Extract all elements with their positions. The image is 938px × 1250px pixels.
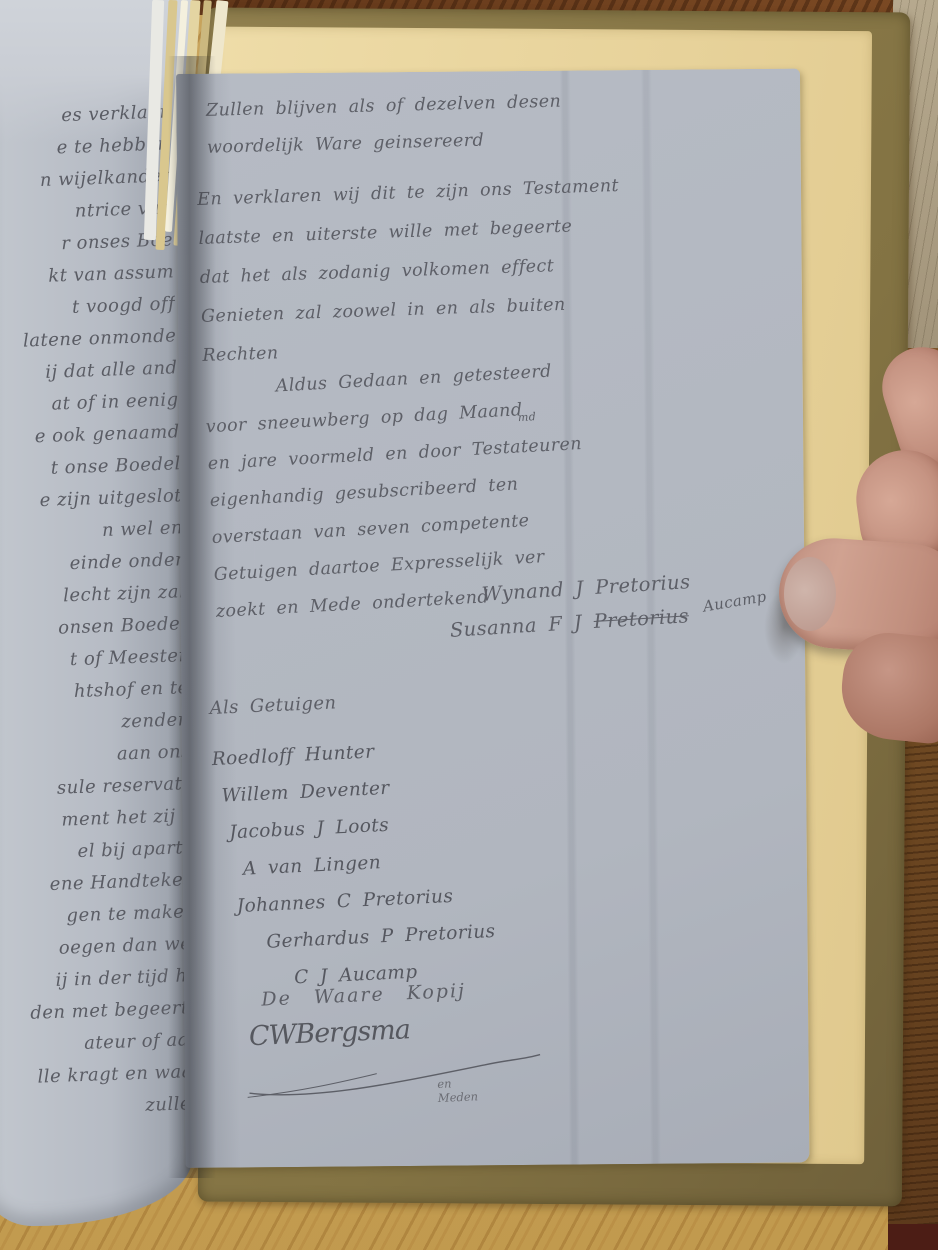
clerk-signature: CWBergsma [248, 1012, 468, 1053]
signature-flourish [244, 1050, 545, 1101]
signature-susanna-prefix: Susanna F J [449, 611, 583, 642]
document-page: Zullen blijven als of dezelven desenwoor… [176, 69, 810, 1168]
witness-heading: Als Getuigen [209, 692, 337, 719]
clerk-signature-note: en Meden [437, 1075, 478, 1105]
witness-list: Roedloff HunterWillem DeventerJacobus J … [211, 728, 498, 1000]
manuscript-line: woordelijk Ware geinsereerd [207, 121, 563, 167]
photo-scene: es verklaare te hebbenn wijelkanderntric… [0, 0, 938, 1250]
certification-block: De Waare Kopij CWBergsma en Meden [247, 980, 468, 1052]
paragraph-declaration: En verklaren wij dit te zijn ons Testame… [197, 167, 625, 376]
paragraph-closing-clause: Zullen blijven als of dezelven desenwoor… [206, 84, 563, 167]
book-gutter-shadow [168, 56, 216, 1178]
signature-struck-surname: Pretorius [593, 604, 690, 633]
